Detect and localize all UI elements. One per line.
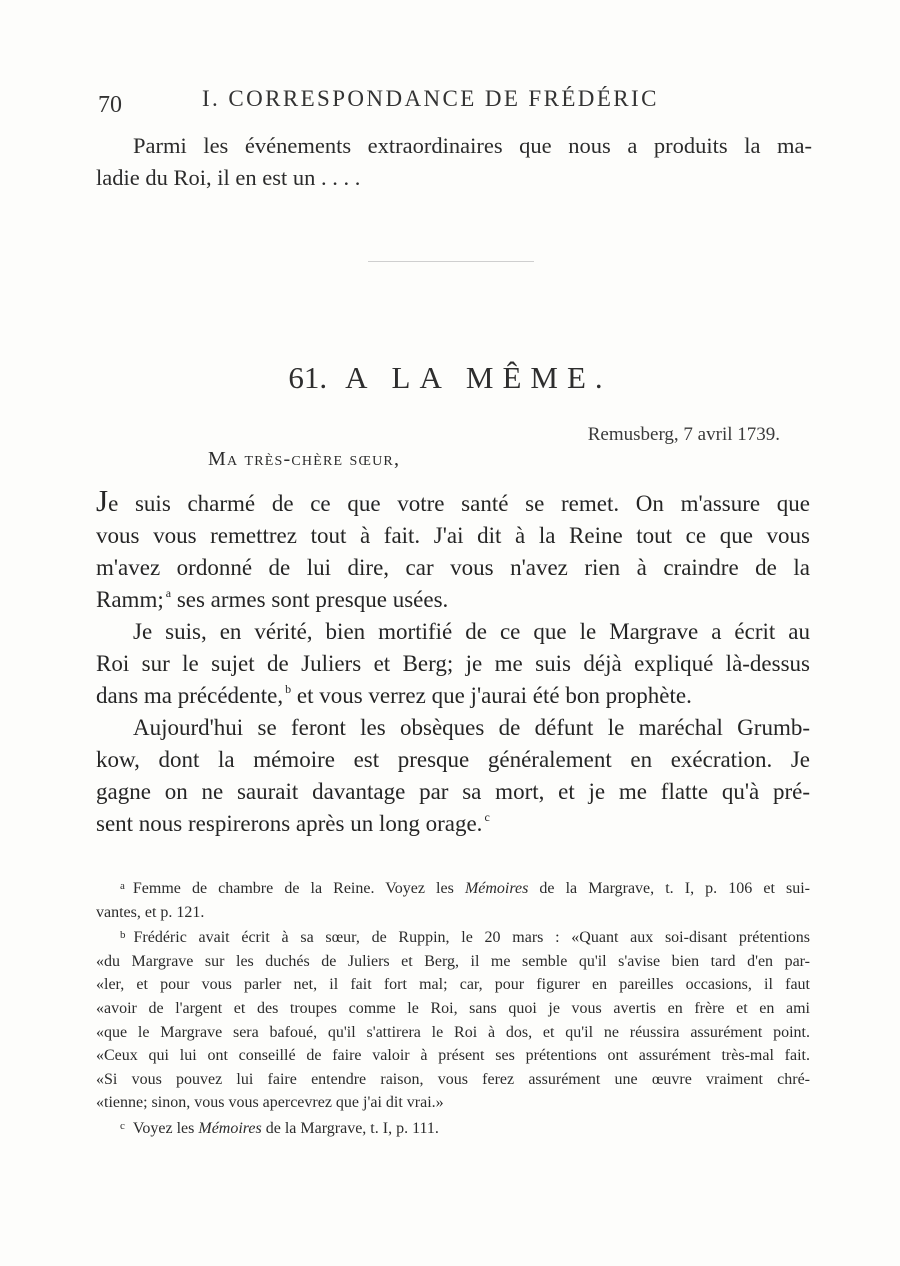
page-number: 70 (98, 92, 122, 119)
section-divider (368, 261, 534, 262)
running-title: I. CORRESPONDANCE DE FRÉDÉRIC (202, 86, 659, 112)
footnote-label: a (120, 880, 125, 892)
paragraph: Aujourd'hui se feront les obsèques de dé… (96, 712, 810, 840)
footnote-a: aFemme de chambre de la Reine. Voyez les… (96, 875, 810, 924)
salutation: Ma très-chère sœur, (208, 448, 400, 471)
text-line: Roi sur le sujet de Juliers et Berg; je … (96, 648, 810, 680)
text-line: ladie du Roi, il en est un . . . . (96, 162, 812, 194)
drop-initial: J (96, 483, 108, 518)
footnotes: aFemme de chambre de la Reine. Voyez les… (96, 875, 810, 1141)
text-line: vous vous remettrez tout à fait. J'ai di… (96, 520, 810, 552)
paragraph: Je suis, en vérité, bien mortifié de ce … (96, 616, 810, 712)
text-line: bFrédéric avait écrit à sa sœur, de Rupp… (96, 924, 810, 950)
text-line: «ler, et pour vous parler net, il fait f… (96, 973, 810, 997)
text-line: aFemme de chambre de la Reine. Voyez les… (96, 875, 810, 901)
text-line: sent nous respirerons après un long orag… (96, 808, 810, 840)
text-line: Parmi les événements extraordinaires que… (96, 130, 812, 162)
text-line: «du Margrave sur les duchés de Juliers e… (96, 950, 810, 974)
paragraph: Je suis charmé de ce que votre santé se … (96, 485, 810, 616)
text-line: «Ceux qui lui ont conseillé de faire val… (96, 1044, 810, 1068)
text-line: gagne on ne saurait davantage par sa mor… (96, 776, 810, 808)
letter-title: A LA MÊME. (345, 360, 612, 395)
footnote-c: cVoyez les Mémoires de la Margrave, t. I… (96, 1115, 810, 1141)
footnote-label: c (120, 1120, 125, 1132)
previous-letter-ending: Parmi les événements extraordinaires que… (96, 130, 812, 194)
dateline: Remusberg, 7 avril 1739. (588, 424, 780, 446)
text-line: «tienne; sinon, vous vous apercevrez que… (96, 1091, 810, 1115)
text-line: vantes, et p. 121. (96, 901, 810, 925)
text-line: «que le Margrave sera bafoué, qu'il s'at… (96, 1021, 810, 1045)
footnote-b: bFrédéric avait écrit à sa sœur, de Rupp… (96, 924, 810, 1115)
text-line: Ramm;a ses armes sont presque usées. (96, 584, 810, 616)
footnote-label: b (120, 929, 126, 941)
letter-heading: 61.A LA MÊME. (0, 360, 900, 396)
text-line: Je suis, en vérité, bien mortifié de ce … (96, 616, 810, 648)
text-line: dans ma précédente,b et vous verrez que … (96, 680, 810, 712)
text-line: «Si vous pouvez lui faire entendre raiso… (96, 1068, 810, 1092)
footnote-ref-c[interactable]: c (484, 810, 489, 824)
letter-number: 61. (288, 360, 327, 395)
text-line: Je suis charmé de ce que votre santé se … (96, 485, 810, 520)
text-line: kow, dont la mémoire est presque général… (96, 744, 810, 776)
running-head: 70 I. CORRESPONDANCE DE FRÉDÉRIC (96, 84, 816, 118)
book-page: 70 I. CORRESPONDANCE DE FRÉDÉRIC Parmi l… (0, 0, 900, 1266)
text-line: Aujourd'hui se feront les obsèques de dé… (96, 712, 810, 744)
text-line: cVoyez les Mémoires de la Margrave, t. I… (96, 1115, 810, 1141)
text-line: m'avez ordonné de lui dire, car vous n'a… (96, 552, 810, 584)
letter-body: Je suis charmé de ce que votre santé se … (96, 485, 810, 840)
text-line: «avoir de l'argent et des troupes comme … (96, 997, 810, 1021)
